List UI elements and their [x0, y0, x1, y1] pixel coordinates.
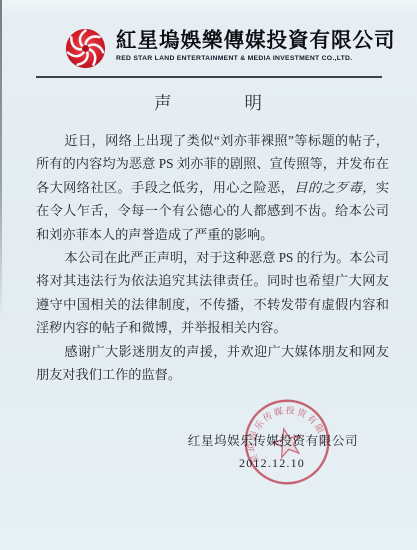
title-char-2: 明	[245, 90, 264, 115]
letterhead-text: 紅星塢娛樂傳媒投資有限公司 RED STAR LAND ENTERTAINMEN…	[116, 25, 396, 62]
paragraph-1-italic-phrase: 目的之歹毒，	[294, 180, 376, 195]
letterhead: 紅星塢娛樂傳媒投資有限公司 RED STAR LAND ENTERTAINMEN…	[62, 25, 396, 72]
company-name-zh: 紅星塢娛樂傳媒投資有限公司	[116, 30, 396, 53]
title-char-1: 声	[154, 90, 173, 115]
paragraph-1: 近日，网络上出现了类似“刘亦菲裸照”等标题的帖子，所有的内容均为恶意 PS 刘亦…	[36, 129, 389, 246]
document-title: 声 明	[0, 90, 417, 115]
statement-body: 近日，网络上出现了类似“刘亦菲裸照”等标题的帖子，所有的内容均为恶意 PS 刘亦…	[36, 129, 389, 386]
paragraph-3: 感谢广大影迷朋友的声援，并欢迎广大媒体朋友和网友朋友对我们工作的监督。	[36, 340, 389, 387]
red-swirl-logo-icon	[62, 25, 109, 72]
statement-document-page: 紅星塢娛樂傳媒投資有限公司 RED STAR LAND ENTERTAINMEN…	[0, 0, 417, 550]
company-name-en: RED STAR LAND ENTERTAINMENT & MEDIA INVE…	[116, 55, 396, 62]
scan-edge-shadow	[0, 0, 2, 320]
header-divider	[36, 76, 382, 78]
paragraph-2: 本公司在此严正声明，对于这种恶意 PS 的行为。本公司将对其违法行为依法追究其法…	[36, 246, 389, 340]
seal-star-icon	[270, 425, 304, 458]
round-company-seal-stamp: 红星坞娱乐传媒投资有限公司	[232, 387, 341, 496]
